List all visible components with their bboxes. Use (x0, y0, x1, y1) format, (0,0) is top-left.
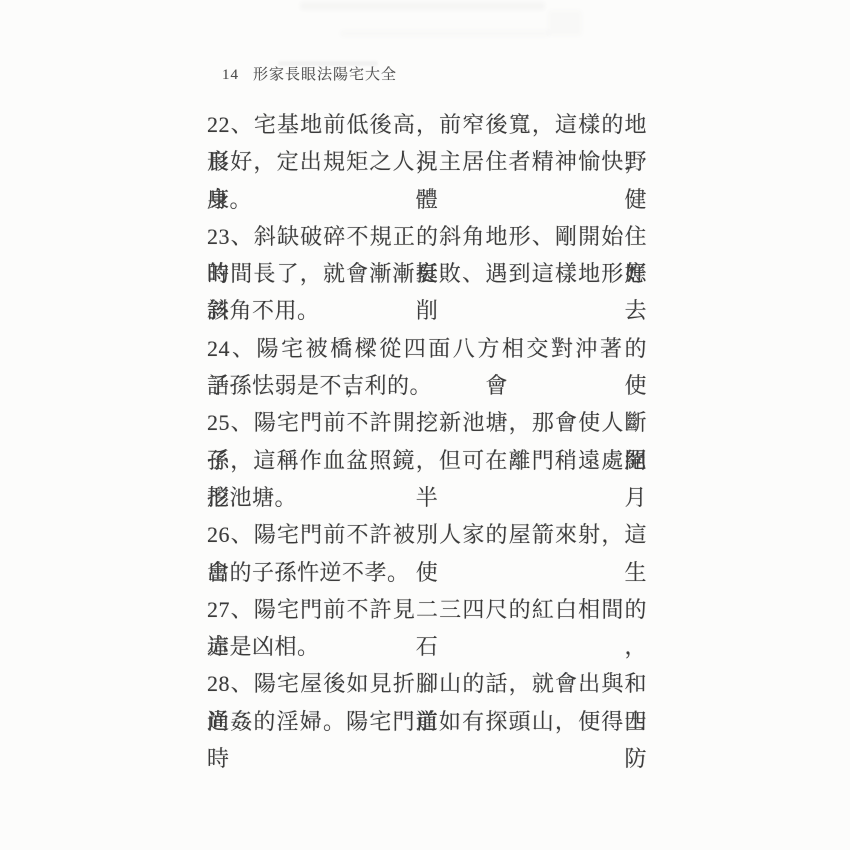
text-line: 28、陽宅屋後如見折腳山的話，就會出與和尚道士 (207, 665, 647, 702)
scan-artifact (548, 10, 582, 36)
text-line: 23、斜缺破碎不規正的斜角地形、剛開始住的挺好 (207, 218, 647, 255)
body-text-block: 22、宅基地前低後高，前窄後寬，這樣的地形視野 良好，定出規矩之人，主居住者精神… (207, 106, 647, 740)
text-line: 25、陽宅門前不許開挖新池塘，那會使人斷子絕 (207, 404, 647, 441)
text-line: 26、陽宅門前不許被別人家的屋箭來射，這會使生 (207, 516, 647, 553)
book-page-scan: 14 形家長眼法陽宅大全 22、宅基地前低後高，前窄後寬，這樣的地形視野 良好，… (0, 0, 850, 850)
scan-artifact (340, 30, 550, 37)
running-head: 14 形家長眼法陽宅大全 (222, 63, 397, 84)
text-line: 孫，這稱作血盆照鏡，但可在離門稍遠處開挖半月 (207, 442, 647, 479)
page-number: 14 (222, 67, 239, 84)
text-line: 22、宅基地前低後高，前窄後寬，這樣的地形視野 (207, 106, 647, 143)
text-line: 良好，定出規矩之人，主居住者精神愉快，身體健 (207, 143, 647, 180)
book-title: 形家長眼法陽宅大全 (253, 63, 397, 84)
text-line: 24、陽宅被橋樑從四面八方相交對沖著的話，會使 (207, 330, 647, 367)
text-line: 時間長了，就會漸漸衰敗、遇到這樣地形應該削去 (207, 255, 647, 292)
scan-artifact (300, 2, 545, 10)
text-line: 27、陽宅門前不許見二三四尺的紅白相間的赤石， (207, 591, 647, 628)
text-line: 通姦的淫婦。陽宅門前如有探頭山，便得四時防 (207, 703, 647, 740)
